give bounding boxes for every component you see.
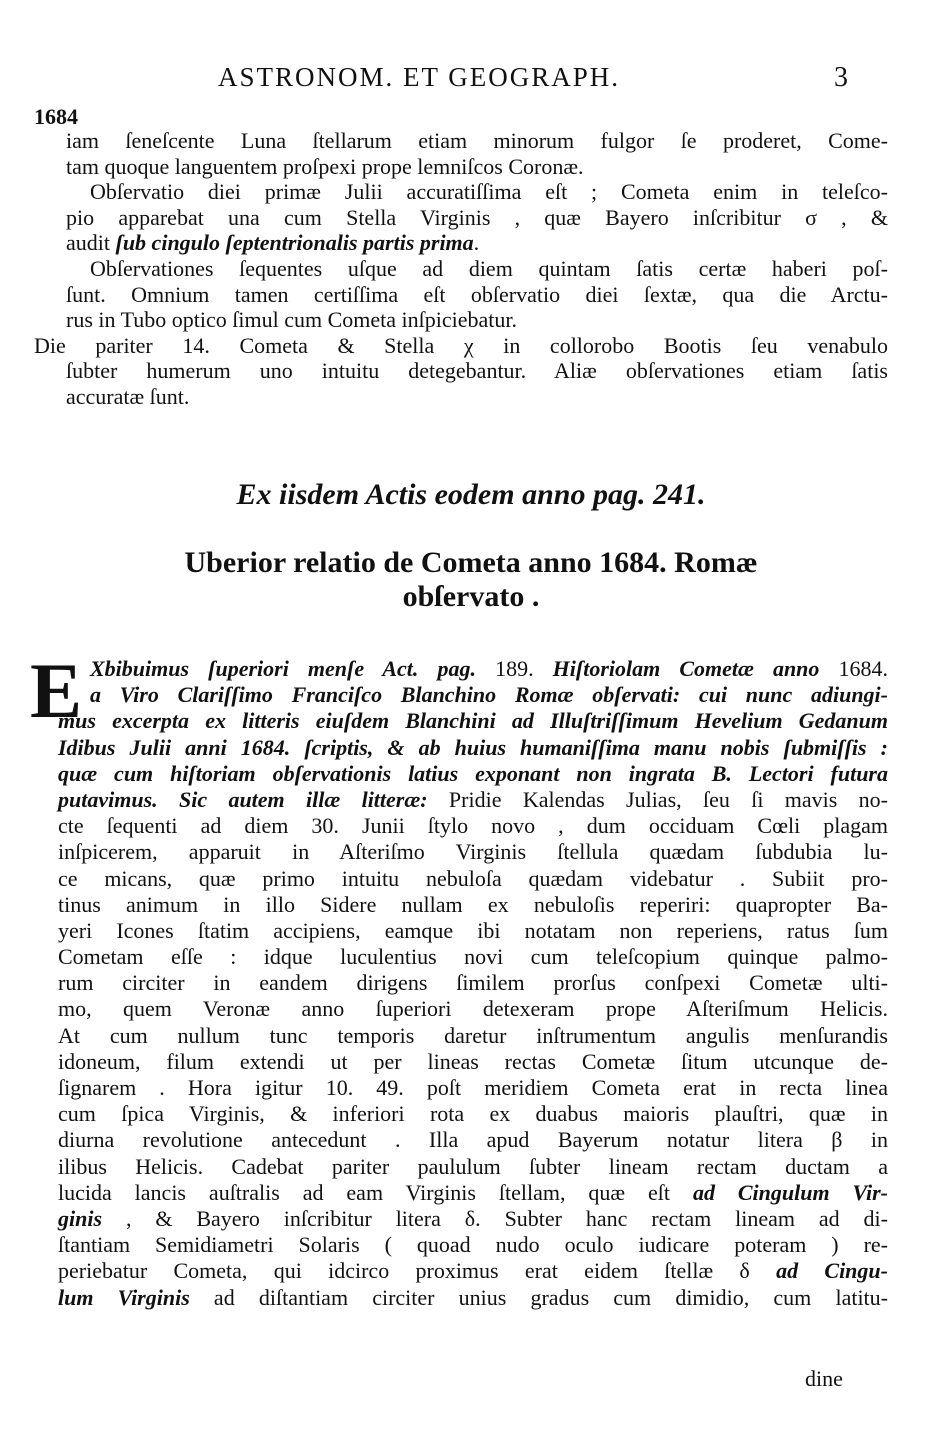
- text-line: ilibus Helicis. Cadebat pariter paululum…: [58, 1154, 888, 1180]
- text-span: tam quoque languentem proſpexi prope lem…: [66, 154, 584, 179]
- text-line: lum Virginis ad diſtantiam circiter uniu…: [58, 1285, 888, 1311]
- text-line: audit ſub cingulo ſeptentrionalis partis…: [66, 230, 888, 256]
- text-line: ſtantiam Semidiametri Solaris ( quoad nu…: [58, 1232, 888, 1258]
- text-line: iam ſeneſcente Luna ſtellarum etiam mino…: [66, 128, 888, 154]
- italic-text: lum Virginis: [58, 1285, 190, 1310]
- text-line: Obſervationes ſequentes uſque ad diem qu…: [66, 256, 888, 282]
- section-2-text: Xbibuimus ſuperiori menſe Act. pag. 189.…: [58, 656, 888, 1311]
- text-line: cte ſequenti ad diem 30. Junii ſtylo nov…: [58, 813, 888, 839]
- article-heading-line-1: Uberior relatio de Cometa anno 1684. Rom…: [0, 546, 942, 580]
- article-heading-line-2: obſervato .: [0, 580, 942, 614]
- text-line: Xbibuimus ſuperiori menſe Act. pag. 189.…: [58, 656, 888, 682]
- text-span: Obſervatio diei primæ Julii accuratiſſim…: [90, 179, 888, 204]
- text-span: Die pariter 14. Cometa & Stella χ in col…: [34, 333, 888, 358]
- text-span: ce micans, quæ primo intuitu nebuloſa qu…: [58, 866, 888, 891]
- italic-text: ſub cingulo ſeptentrionalis partis prima: [116, 230, 474, 255]
- text-span: idoneum, filum extendi ut per lineas rec…: [58, 1049, 888, 1074]
- text-line: ſignarem . Hora igitur 10. 49. poſt meri…: [58, 1075, 888, 1101]
- text-span: cte ſequenti ad diem 30. Junii ſtylo nov…: [58, 813, 888, 838]
- text-line: diurna revolutione antecedunt . Illa apu…: [58, 1127, 888, 1153]
- running-head-title: ASTRONOM. ET GEOGRAPH.: [218, 62, 620, 93]
- text-span: rum circiter in eandem dirigens ſimilem …: [58, 970, 888, 995]
- text-line: yeri Icones ſtatim accipiens, eamque ibi…: [58, 918, 888, 944]
- text-span: .: [474, 230, 480, 255]
- section-1-text: iam ſeneſcente Luna ſtellarum etiam mino…: [66, 128, 888, 410]
- text-span: Obſervationes ſequentes uſque ad diem qu…: [90, 256, 888, 281]
- text-line: inſpicerem, apparuit in Aſteriſmo Virgin…: [58, 839, 888, 865]
- text-span: ilibus Helicis. Cadebat pariter paululum…: [58, 1154, 888, 1179]
- text-line: quæ cum hiſtoriam obſervationis latius e…: [58, 761, 888, 787]
- text-span: ſubter humerum uno intuitu detegebantur.…: [66, 358, 888, 383]
- text-span: At cum nullum tunc temporis daretur inſt…: [58, 1023, 888, 1048]
- text-span: Cometam eſſe : idque luculentius novi cu…: [58, 944, 888, 969]
- text-line: Idibus Julii anni 1684. ſcriptis, & ab h…: [58, 735, 888, 761]
- text-span: yeri Icones ſtatim accipiens, eamque ibi…: [58, 918, 888, 943]
- italic-text: ginis: [58, 1206, 102, 1231]
- italic-text: ad Cingulum Vir-: [693, 1180, 888, 1205]
- text-line: a Viro Clariſſimo Franciſco Blanchino Ro…: [58, 682, 888, 708]
- text-line: Die pariter 14. Cometa & Stella χ in col…: [34, 333, 888, 359]
- article-heading: Uberior relatio de Cometa anno 1684. Rom…: [0, 546, 942, 614]
- text-span: diurna revolutione antecedunt . Illa apu…: [58, 1127, 888, 1152]
- text-span: 189.: [476, 656, 553, 681]
- text-line: Obſervatio diei primæ Julii accuratiſſim…: [66, 179, 888, 205]
- italic-text: Hiſtoriolam Cometæ anno: [553, 656, 820, 681]
- italic-text: Xbibuimus ſuperiori menſe Act. pag.: [90, 656, 476, 681]
- text-line: periebatur Cometa, qui idcirco proximus …: [58, 1258, 888, 1284]
- page-number: 3: [834, 62, 848, 94]
- source-subheading: Ex iisdem Actis eodem anno pag. 241.: [0, 478, 942, 512]
- text-span: 1684.: [819, 656, 888, 681]
- text-span: ad diſtantiam circiter unius gradus cum …: [190, 1285, 888, 1310]
- text-line: putavimus. Sic autem illæ litteræ: Pridi…: [58, 787, 888, 813]
- italic-text: Idibus Julii anni 1684. ſcriptis, & ab h…: [58, 735, 888, 760]
- text-span: rus in Tubo optico ſimul cum Cometa inſp…: [66, 307, 517, 332]
- italic-text: ad Cingu-: [776, 1258, 888, 1283]
- text-span: Pridie Kalendas Julias, ſeu ſi mavis no-: [428, 787, 888, 812]
- text-line: mus excerpta ex litteris eiuſdem Blanchi…: [58, 708, 888, 734]
- italic-text: quæ cum hiſtoriam obſervationis latius e…: [58, 761, 888, 786]
- text-span: ſunt. Omnium tamen certiſſima eſt obſerv…: [66, 282, 888, 307]
- text-span: lucida lancis auſtralis ad eam Virginis …: [58, 1180, 693, 1205]
- text-line: tinus animum in illo Sidere nullam ex ne…: [58, 892, 888, 918]
- text-span: ſignarem . Hora igitur 10. 49. poſt meri…: [58, 1075, 888, 1100]
- text-span: inſpicerem, apparuit in Aſteriſmo Virgin…: [58, 839, 888, 864]
- text-line: rus in Tubo optico ſimul cum Cometa inſp…: [66, 307, 888, 333]
- text-span: audit: [66, 230, 116, 255]
- text-line: accuratæ ſunt.: [66, 384, 888, 410]
- catchword: dine: [805, 1366, 843, 1392]
- italic-text: putavimus. Sic autem illæ litteræ:: [58, 787, 428, 812]
- margin-year: 1684: [34, 104, 78, 130]
- text-span: accuratæ ſunt.: [66, 384, 189, 409]
- text-line: ſunt. Omnium tamen certiſſima eſt obſerv…: [66, 282, 888, 308]
- text-span: tinus animum in illo Sidere nullam ex ne…: [58, 892, 888, 917]
- text-line: ſubter humerum uno intuitu detegebantur.…: [66, 358, 888, 384]
- text-span: mo, quem Veronæ anno ſuperiori detexeram…: [58, 996, 888, 1021]
- text-line: Cometam eſſe : idque luculentius novi cu…: [58, 944, 888, 970]
- text-line: cum ſpica Virginis, & inferiori rota ex …: [58, 1101, 888, 1127]
- text-line: ce micans, quæ primo intuitu nebuloſa qu…: [58, 866, 888, 892]
- text-line: mo, quem Veronæ anno ſuperiori detexeram…: [58, 996, 888, 1022]
- text-line: pio apparebat una cum Stella Virginis , …: [66, 205, 888, 231]
- text-span: , & Bayero inſcribitur litera δ. Subter …: [102, 1206, 888, 1231]
- text-line: tam quoque languentem proſpexi prope lem…: [66, 154, 888, 180]
- text-line: lucida lancis auſtralis ad eam Virginis …: [58, 1180, 888, 1206]
- italic-text: mus excerpta ex litteris eiuſdem Blanchi…: [58, 708, 888, 733]
- text-span: pio apparebat una cum Stella Virginis , …: [66, 205, 888, 230]
- text-line: idoneum, filum extendi ut per lineas rec…: [58, 1049, 888, 1075]
- text-line: At cum nullum tunc temporis daretur inſt…: [58, 1023, 888, 1049]
- text-span: cum ſpica Virginis, & inferiori rota ex …: [58, 1101, 888, 1126]
- text-span: iam ſeneſcente Luna ſtellarum etiam mino…: [66, 128, 888, 153]
- text-line: rum circiter in eandem dirigens ſimilem …: [58, 970, 888, 996]
- text-span: periebatur Cometa, qui idcirco proximus …: [58, 1258, 776, 1283]
- text-line: ginis , & Bayero inſcribitur litera δ. S…: [58, 1206, 888, 1232]
- running-head: ASTRONOM. ET GEOGRAPH. 3: [0, 62, 942, 98]
- italic-text: a Viro Clariſſimo Franciſco Blanchino Ro…: [90, 682, 888, 707]
- text-span: ſtantiam Semidiametri Solaris ( quoad nu…: [58, 1232, 888, 1257]
